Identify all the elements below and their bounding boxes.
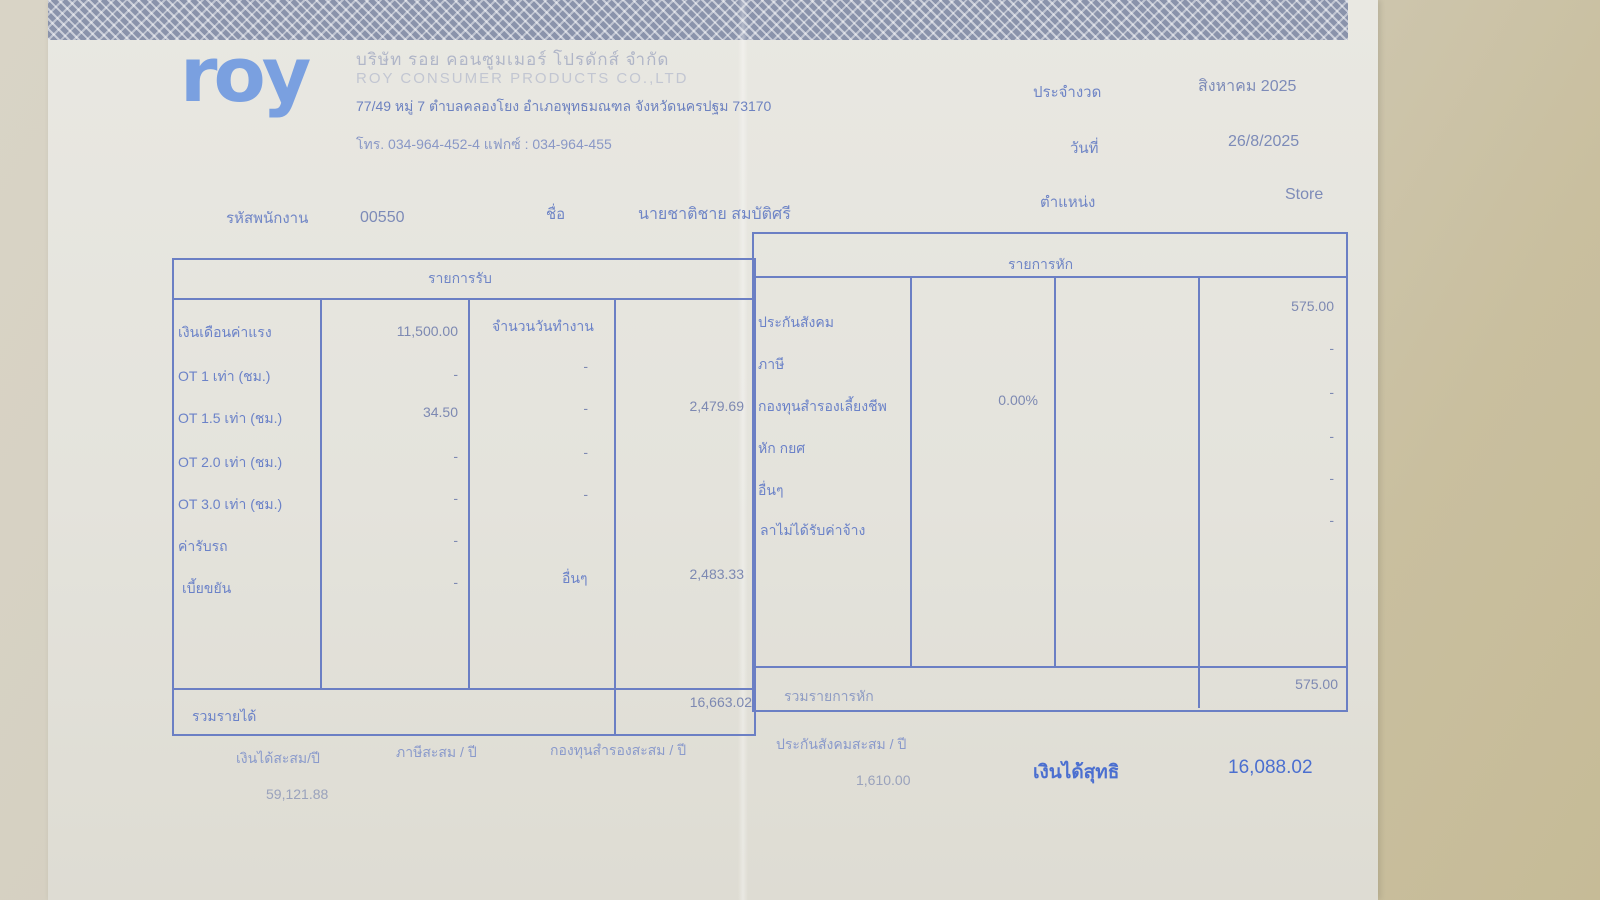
ytd-income-label: เงินได้สะสม/ปี <box>236 748 320 770</box>
ytd-tax-label: ภาษีสะสม / ปี <box>396 742 477 764</box>
deduction-row-value: 575.00 <box>1208 298 1334 314</box>
income-row-value: - <box>328 490 458 506</box>
period-value: สิงหาคม 2025 <box>1198 74 1296 99</box>
ytd-sso-label: ประกันสังคมสะสม / ปี <box>776 734 906 756</box>
deduction-col-divider-1 <box>910 276 912 666</box>
income-row-value: 11,500.00 <box>328 323 458 339</box>
income-col-divider-1 <box>320 298 322 688</box>
deduction-header: รายการหัก <box>1008 254 1073 276</box>
col3-value: - <box>478 400 588 416</box>
deduction-row-label: ลาไม่ได้รับค่าจ้าง <box>760 520 865 542</box>
company-name-th: บริษัท รอย คอนซูมเมอร์ โปรดักส์ จำกัด <box>356 46 669 73</box>
income-row-value: - <box>328 366 458 382</box>
deduction-row-value: - <box>1208 428 1334 444</box>
deduction-row-label: ภาษี <box>758 354 784 376</box>
ytd-fund-label: กองทุนสำรองสะสม / ปี <box>550 740 686 762</box>
income-row-label: ค่ารับรถ <box>178 536 228 558</box>
employee-id-value: 00550 <box>360 209 405 227</box>
income-header: รายการรับ <box>428 268 492 290</box>
income-header-divider <box>172 298 754 300</box>
ot-amount: 2,479.69 <box>618 398 744 414</box>
date-label: วันที่ <box>1070 136 1099 160</box>
other-income-amount: 2,483.33 <box>618 566 744 582</box>
work-days-label: จำนวนวันทำงาน <box>492 316 594 338</box>
income-row-label: OT 1.5 เท่า (ชม.) <box>178 408 282 430</box>
deduction-col-divider-2 <box>1054 276 1056 666</box>
income-total-value: 16,663.02 <box>618 694 752 710</box>
col3-value: - <box>478 358 588 374</box>
income-row-label: เงินเดือนค่าแรง <box>178 322 272 344</box>
employee-name-label: ชื่อ <box>546 202 565 226</box>
deduction-header-divider <box>752 276 1346 278</box>
income-row-label: OT 3.0 เท่า (ชม.) <box>178 494 282 516</box>
ytd-income-value: 59,121.88 <box>266 786 328 802</box>
employee-id-label: รหัสพนักงาน <box>226 206 308 230</box>
other-income-label: อื่นๆ <box>562 568 588 590</box>
company-address: 77/49 หมู่ 7 ตำบลคลองโยง อำเภอพุทธมณฑล จ… <box>356 96 771 118</box>
col3-value: - <box>478 486 588 502</box>
net-pay-value: 16,088.02 <box>1228 757 1313 779</box>
employee-name-value: นายชาติชาย สมบัติศรี <box>638 202 791 227</box>
company-logo: roy <box>180 40 307 110</box>
income-total-divider <box>172 688 754 690</box>
income-row-value: - <box>328 532 458 548</box>
deduction-row-value: - <box>1208 470 1334 486</box>
income-col-divider-2 <box>468 298 470 688</box>
position-label: ตำแหน่ง <box>1040 190 1095 214</box>
col3-value: - <box>478 444 588 460</box>
deduction-col-divider-3 <box>1198 276 1200 708</box>
deduction-total-divider <box>752 666 1346 668</box>
income-total-label: รวมรายได้ <box>192 706 256 728</box>
deduction-row-value: - <box>1208 384 1334 400</box>
deduction-row-label: ประกันสังคม <box>758 312 834 334</box>
deduction-total-label: รวมรายการหัก <box>784 686 874 708</box>
position-value: Store <box>1285 186 1323 204</box>
income-row-label: OT 1 เท่า (ชม.) <box>178 366 270 388</box>
income-col-divider-3 <box>614 298 616 734</box>
income-row-label: OT 2.0 เท่า (ชม.) <box>178 452 282 474</box>
deduction-row-value: - <box>1208 340 1334 356</box>
deduction-row-label: กองทุนสำรองเลี้ยงชีพ <box>758 396 887 418</box>
net-pay-label: เงินได้สุทธิ <box>1033 757 1119 787</box>
income-row-value: - <box>328 574 458 590</box>
date-value: 26/8/2025 <box>1228 133 1299 151</box>
deduction-row-label: อื่นๆ <box>758 480 784 502</box>
deduction-row-value: - <box>1208 512 1334 528</box>
payslip-paper: roy บริษัท รอย คอนซูมเมอร์ โปรดักส์ จำกั… <box>48 0 1378 900</box>
company-name-en: ROY CONSUMER PRODUCTS CO.,LTD <box>356 70 688 87</box>
company-phone: โทร. 034-964-452-4 แฟกซ์ : 034-964-455 <box>356 134 612 156</box>
period-label: ประจำงวด <box>1033 80 1101 104</box>
income-row-label: เบี้ยขยัน <box>182 578 231 600</box>
deduction-total-value: 575.00 <box>1208 676 1338 692</box>
deduction-row-label: หัก กยศ <box>758 438 805 460</box>
provident-fund-rate: 0.00% <box>948 392 1038 408</box>
income-row-value: - <box>328 448 458 464</box>
income-row-value: 34.50 <box>328 404 458 420</box>
ytd-sso-value: 1,610.00 <box>856 772 911 788</box>
